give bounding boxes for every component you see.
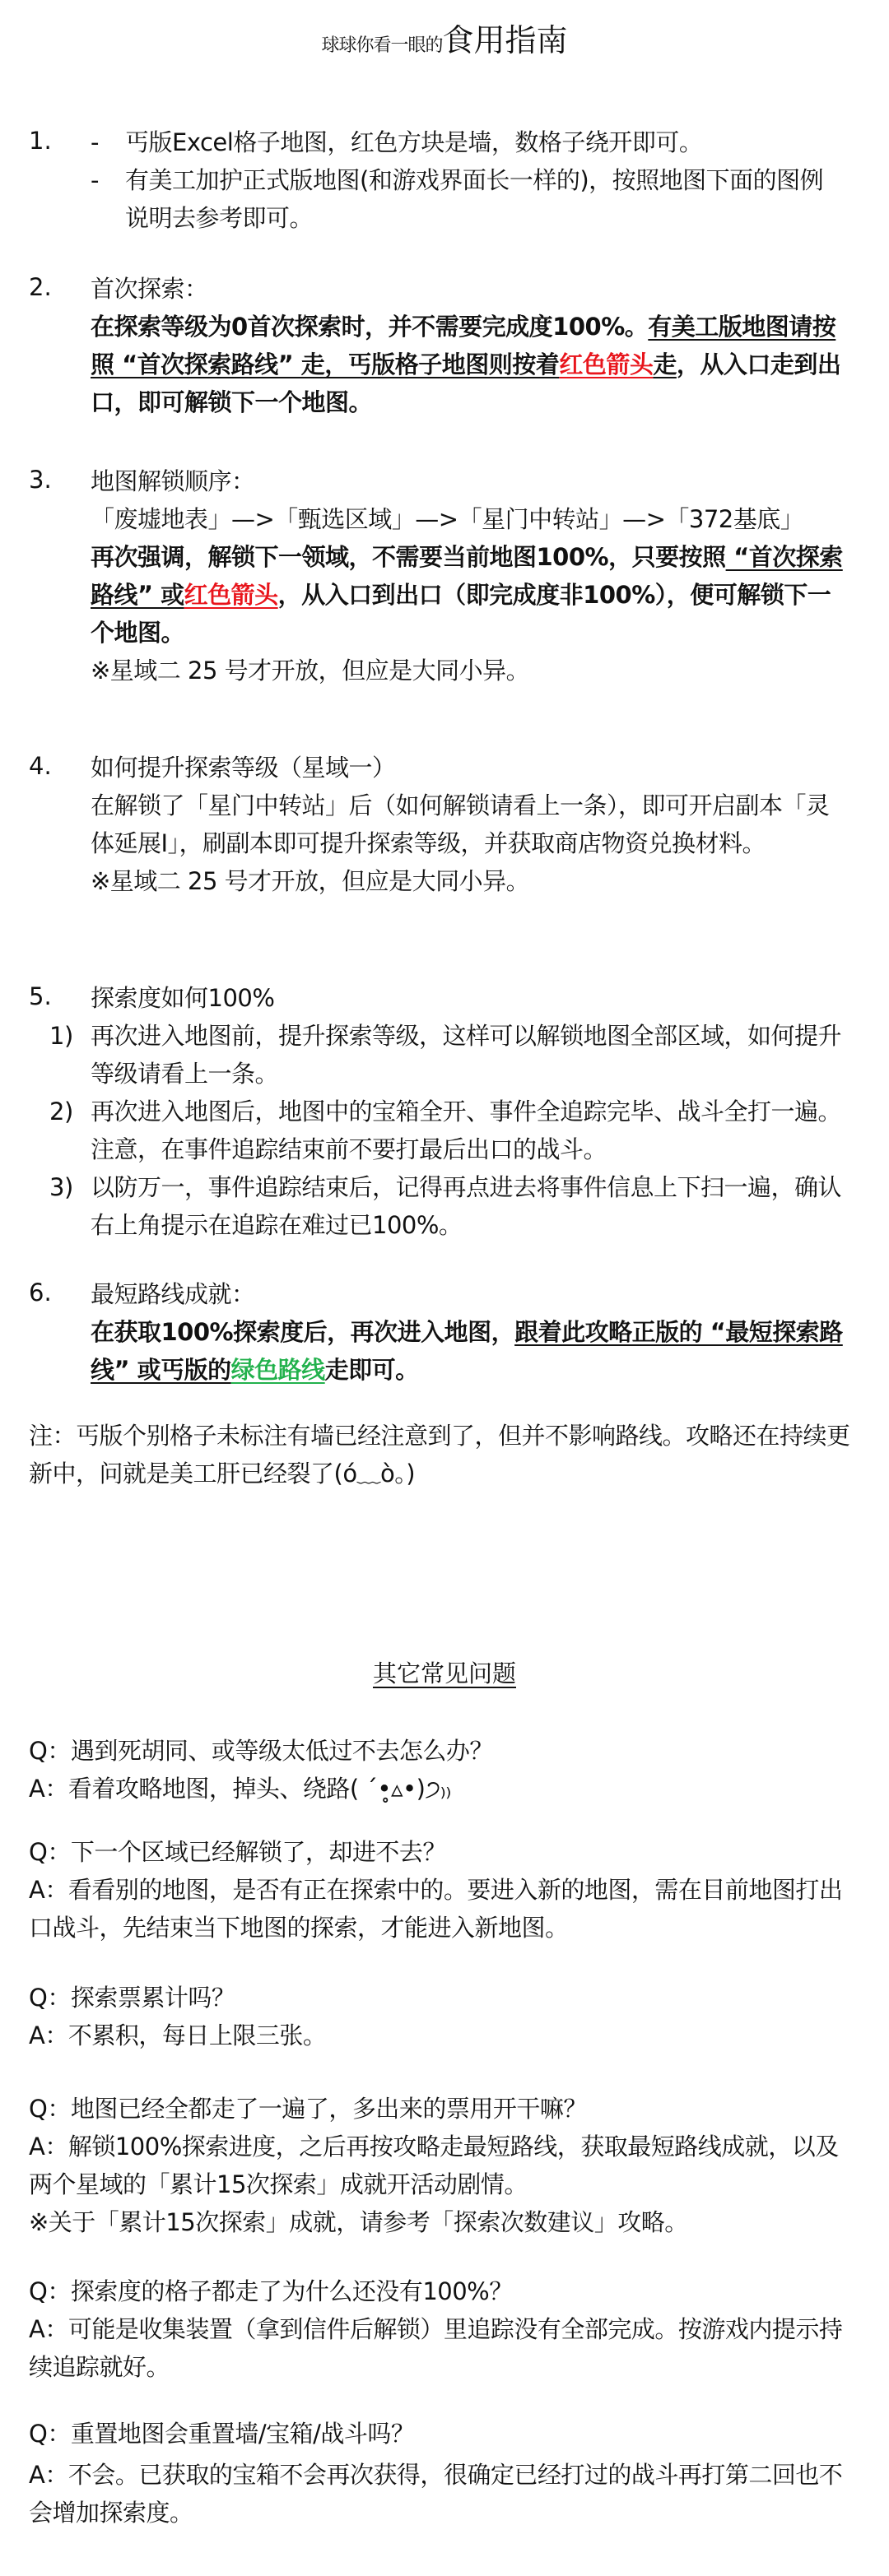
faq-question: Q：探索票累计吗？ [29,1979,852,2017]
faq-answer: A：不累积，每日上限三张。 [29,2017,852,2054]
section-heading: 首次探索： [91,270,848,308]
section-number: 1. [29,127,52,155]
section-paragraph: 在获取100%探索度后，再次进入地图，跟着此攻略正版的 “最短探索路线” 或丐版… [91,1313,848,1389]
dash-bullet: - [91,123,99,161]
step-text: 再次进入地图前，提升探索等级，这样可以解锁地图全部区域，如何提升等级请看上一条。 [91,1022,841,1088]
dash-bullet: - [91,161,99,199]
faq-item: Q：地图已经全都走了一遍了，多出来的票用开干嘛？ A：解锁100%探索进度，之后… [29,2090,852,2241]
section-number: 6. [29,1279,52,1307]
faq-item: Q：探索度的格子都走了为什么还没有100%？ A：可能是收集装置（拿到信件后解锁… [29,2272,852,2386]
step-item: 2) 再次进入地图后，地图中的宝箱全开、事件全追踪完毕、战斗全打一遍。注意，在事… [91,1093,848,1168]
faq-answer: A：可能是收集装置（拿到信件后解锁）里追踪没有全部完成。按游戏内提示持续追踪就好… [29,2310,852,2386]
section-number: 5. [29,982,52,1010]
section-note: ※星域二 25 号才开放，但应是大同小异。 [91,652,848,689]
green-route-highlight: 绿色路线 [231,1356,325,1384]
step-marker: 1) [49,1017,73,1055]
section-heading: 最短路线成就： [91,1275,848,1313]
unlock-order: 「废墟地表」—>「甄选区域」—>「星门中转站」—>「372基底」 [91,500,848,538]
faq-answer: A：看着攻略地图，掉头、绕路( ˊ•̥▵•)੭₎₎ [29,1770,852,1808]
section-paragraph: 在探索等级为0首次探索时，并不需要完成度100%。有美工版地图请按照 “首次探索… [91,308,848,421]
paragraph-text: 在探索等级为0首次探索时，并不需要完成度100%。 [91,313,648,341]
faq-question: Q：下一个区域已经解锁了，却进不去？ [29,1833,852,1871]
list-item: - 丐版Excel格子地图，红色方块是墙，数格子绕开即可。 [91,123,840,161]
page-title: 球球你看一眼的食用指南 [0,15,889,60]
faq-answer: A：不会。已获取的宝箱不会再次获得，很确定已经打过的战斗再打第二回也不会增加探索… [29,2456,852,2532]
paragraph-text: 再次强调，解锁下一领域，不需要当前地图100%，只要按照 [91,543,726,571]
faq-title: 其它常见问题 [0,1655,889,1689]
step-marker: 3) [49,1168,73,1206]
list-item-text: 有美工加护正式版地图(和游戏界面长一样的)，按照地图下面的图例说明去参考即可。 [125,161,840,237]
step-marker: 2) [49,1093,73,1130]
faq-item: Q：探索票累计吗？ A：不累积，每日上限三张。 [29,1979,852,2054]
step-item: 1) 再次进入地图前，提升探索等级，这样可以解锁地图全部区域，如何提升等级请看上… [91,1017,848,1093]
faq-item: Q：重置地图会重置墙/宝箱/战斗吗？ A：不会。已获取的宝箱不会再次获得，很确定… [29,2415,852,2532]
list-item: - 有美工加护正式版地图(和游戏界面长一样的)，按照地图下面的图例说明去参考即可… [91,161,840,237]
faq-answer: A：看看别的地图，是否有正在探索中的。要进入新的地图，需在目前地图打出口战斗，先… [29,1871,852,1947]
section-paragraph: 在解锁了「星门中转站」后（如何解锁请看上一条），即可开启副本「灵体延展I」，刷副… [91,787,848,862]
paragraph-text: 走即可。 [325,1356,419,1384]
step-text: 再次进入地图后，地图中的宝箱全开、事件全追踪完毕、战斗全打一遍。注意，在事件追踪… [91,1098,841,1163]
paragraph-text: 在获取100%探索度后，再次进入地图， [91,1318,514,1346]
step-text: 以防万一，事件追踪结束后，记得再点进去将事件信息上下扫一遍，确认右上角提示在追踪… [91,1173,841,1239]
faq-title-text: 其它常见问题 [373,1659,516,1687]
faq-question: Q：探索度的格子都走了为什么还没有100%？ [29,2272,852,2310]
section-heading: 地图解锁顺序： [91,462,848,500]
section-heading: 探索度如何100% [91,979,848,1017]
faq-question: Q：遇到死胡同、或等级太低过不去怎么办？ [29,1732,852,1770]
section-paragraph: 再次强调，解锁下一领域，不需要当前地图100%，只要按照 “首次探索路线” 或红… [91,538,848,652]
section-number: 4. [29,752,52,780]
faq-question: Q：地图已经全都走了一遍了，多出来的票用开干嘛？ [29,2090,852,2128]
faq-item: Q：遇到死胡同、或等级太低过不去怎么办？ A：看着攻略地图，掉头、绕路( ˊ•̥… [29,1732,852,1808]
title-main: 食用指南 [443,22,568,58]
faq-question: Q：重置地图会重置墙/宝箱/战斗吗？ [29,2415,852,2453]
red-arrow-highlight: 红色箭头 [559,350,653,378]
section-number: 3. [29,466,52,494]
faq-note: ※关于「累计15次探索」成就，请参考「探索次数建议」攻略。 [29,2203,852,2241]
faq-item: Q：下一个区域已经解锁了，却进不去？ A：看看别的地图，是否有正在探索中的。要进… [29,1833,852,1947]
section-note: ※星域二 25 号才开放，但应是大同小异。 [91,862,848,900]
title-prefix: 球球你看一眼的 [321,35,442,56]
red-arrow-highlight: 红色箭头 [184,581,278,609]
section-heading: 如何提升探索等级（星域一） [91,749,848,787]
step-item: 3) 以防万一，事件追踪结束后，记得再点进去将事件信息上下扫一遍，确认右上角提示… [91,1168,848,1244]
section-number: 2. [29,273,52,301]
underlined-text: 走 [653,350,677,378]
footnote: 注：丐版个别格子未标注有墙已经注意到了，但并不影响路线。攻略还在持续更新中，问就… [29,1417,860,1492]
list-item-text: 丐版Excel格子地图，红色方块是墙，数格子绕开即可。 [125,123,840,161]
faq-answer: A：解锁100%探索进度，之后再按攻略走最短路线，获取最短路线成就，以及两个星域… [29,2128,852,2203]
